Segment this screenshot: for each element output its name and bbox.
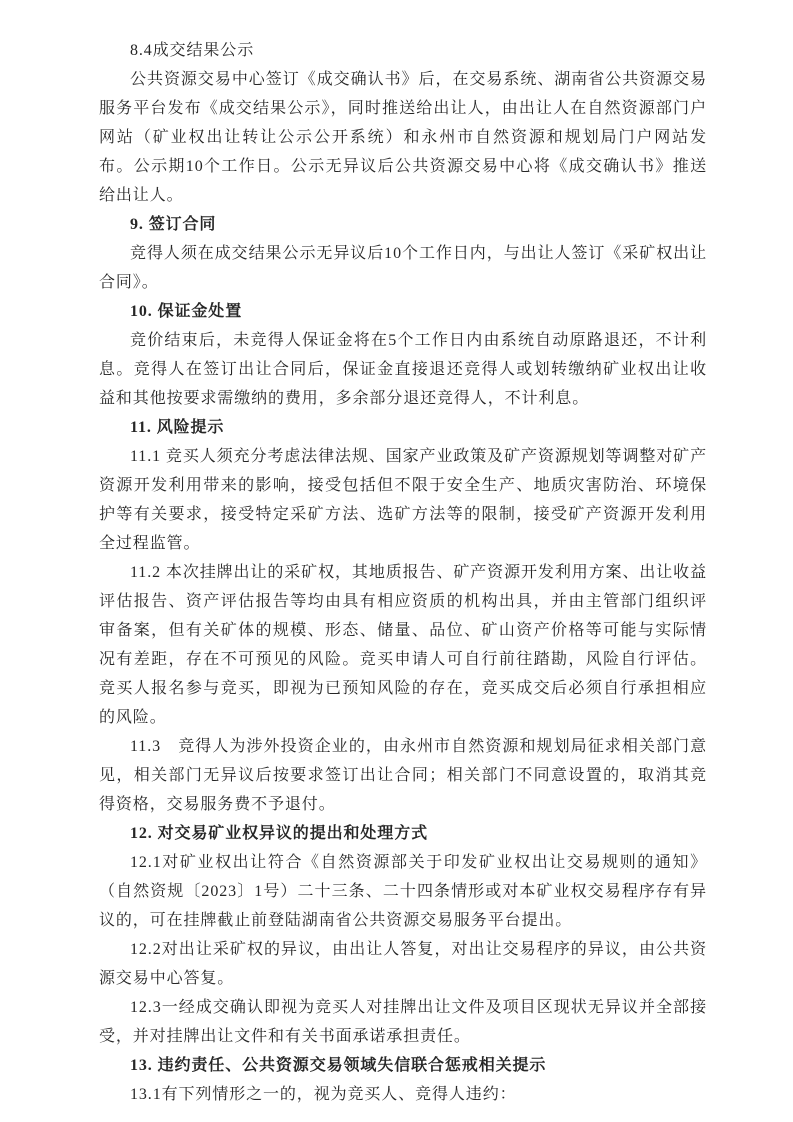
paragraph-12-1: 12.1对矿业权出让符合《自然资源部关于印发矿业权出让交易规则的通知》（自然资规… bbox=[99, 848, 707, 935]
paragraph-8-4-body: 公共资源交易中心签订《成交确认书》后，在交易系统、湖南省公共资源交易服务平台发布… bbox=[99, 65, 707, 210]
subsection-heading-8-4: 8.4成交结果公示 bbox=[99, 36, 707, 65]
paragraph-12-2: 12.2对出让采矿权的异议，由出让人答复，对出让交易程序的异议，由公共资源交易中… bbox=[99, 935, 707, 993]
document-page: 8.4成交结果公示 公共资源交易中心签订《成交确认书》后，在交易系统、湖南省公共… bbox=[0, 0, 793, 1122]
paragraph-10-body: 竞价结束后，未竞得人保证金将在5个工作日内由系统自动原路退还，不计利息。竞得人在… bbox=[99, 326, 707, 413]
paragraph-11-2: 11.2 本次挂牌出让的采矿权，其地质报告、矿产资源开发利用方案、出让收益评估报… bbox=[99, 558, 707, 732]
paragraph-11-3: 11.3 竞得人为涉外投资企业的，由永州市自然资源和规划局征求相关部门意见，相关… bbox=[99, 732, 707, 819]
section-heading-11: 11. 风险提示 bbox=[99, 413, 707, 442]
section-heading-12: 12. 对交易矿业权异议的提出和处理方式 bbox=[99, 819, 707, 848]
paragraph-11-1: 11.1 竞买人须充分考虑法律法规、国家产业政策及矿产资源规划等调整对矿产资源开… bbox=[99, 442, 707, 558]
section-heading-9: 9. 签订合同 bbox=[99, 210, 707, 239]
paragraph-9-body: 竞得人须在成交结果公示无异议后10个工作日内，与出让人签订《采矿权出让合同》。 bbox=[99, 239, 707, 297]
paragraph-13-1: 13.1有下列情形之一的，视为竞买人、竞得人违约： bbox=[99, 1080, 707, 1109]
document-content: 8.4成交结果公示 公共资源交易中心签订《成交确认书》后，在交易系统、湖南省公共… bbox=[99, 36, 707, 1109]
paragraph-12-3: 12.3一经成交确认即视为竞买人对挂牌出让文件及项目区现状无异议并全部接受，并对… bbox=[99, 993, 707, 1051]
section-heading-10: 10. 保证金处置 bbox=[99, 297, 707, 326]
section-heading-13: 13. 违约责任、公共资源交易领域失信联合惩戒相关提示 bbox=[99, 1051, 707, 1080]
